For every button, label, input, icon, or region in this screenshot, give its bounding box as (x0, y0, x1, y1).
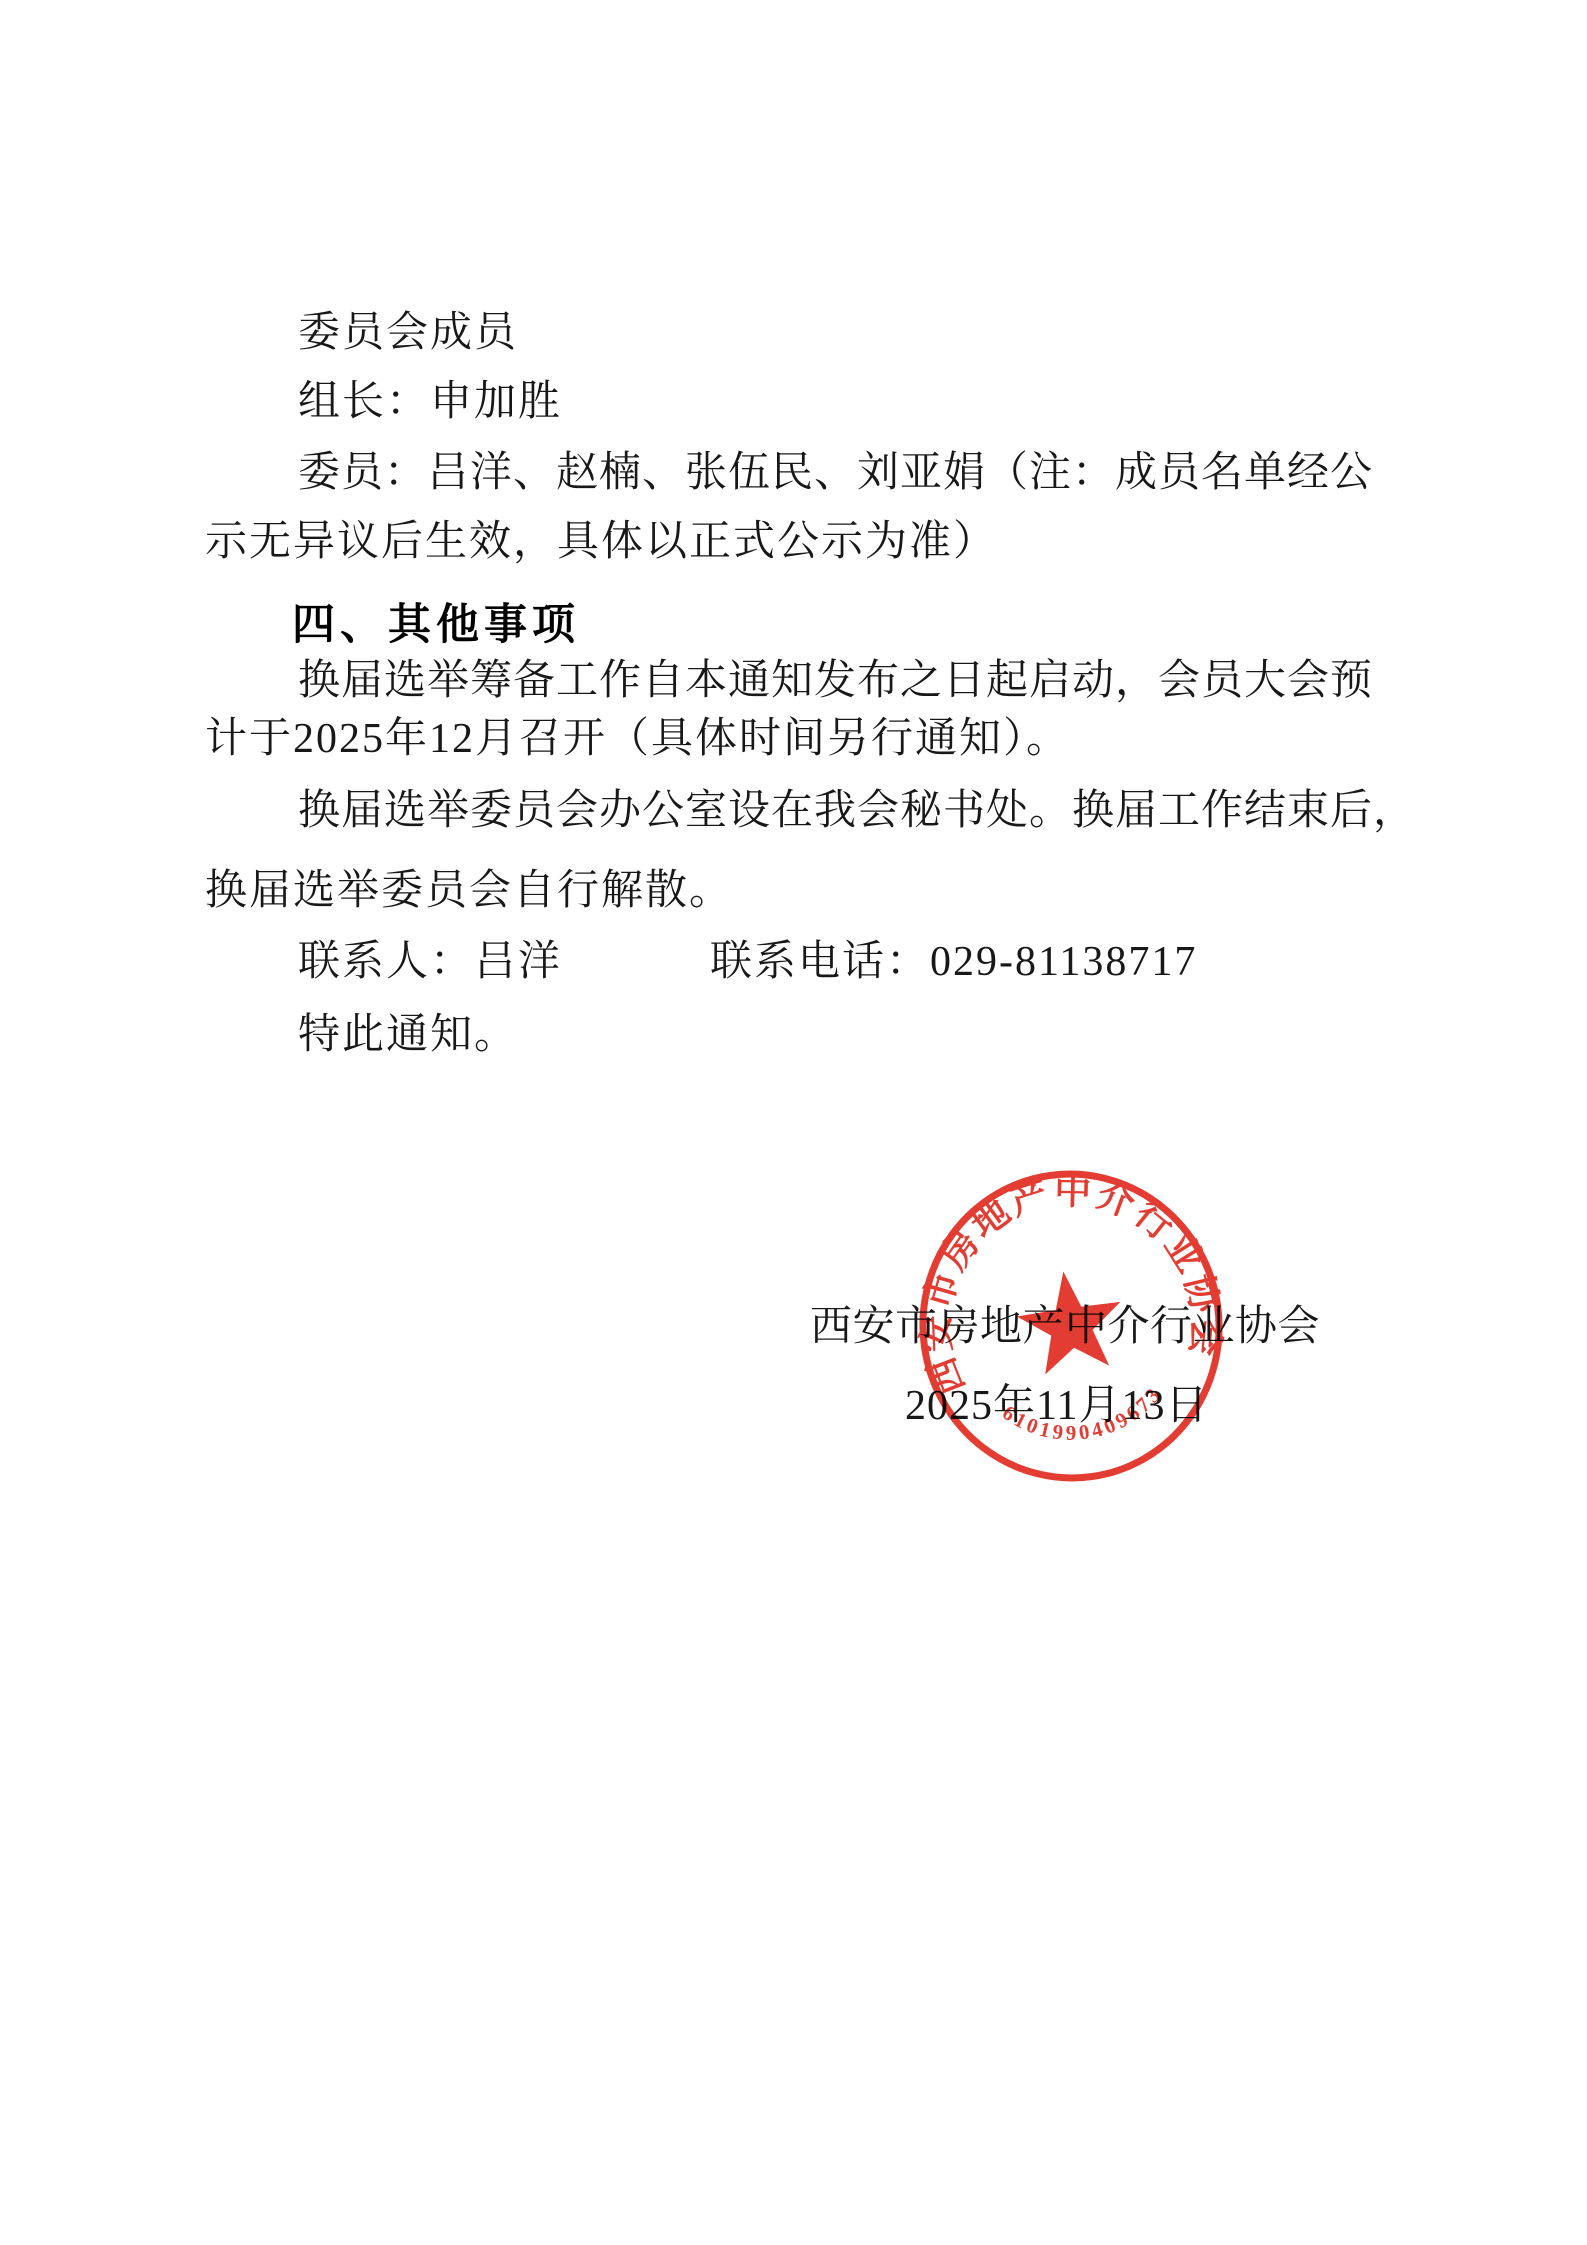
section-paragraph-line-4: 换届选举委员会自行解散。 (205, 870, 733, 912)
closing-line: 特此通知。 (298, 1014, 518, 1056)
members-line-2: 示无异议后生效，具体以正式公示为准） (205, 521, 997, 563)
committee-members-title: 委员会成员 (298, 312, 518, 354)
contact-phone: 联系电话：029-81138717 (710, 941, 1197, 983)
section-paragraph-line-2: 计于2025年12月召开（具体时间另行通知）。 (205, 718, 1070, 760)
contact-person: 联系人：吕洋 (298, 941, 562, 983)
members-line-1: 委员：吕洋、赵楠、张伍民、刘亚娟（注：成员名单经公 (298, 452, 1373, 494)
section-paragraph-line-1: 换届选举筹备工作自本通知发布之日起启动，会员大会预 (298, 660, 1373, 702)
notice-document-page: 委员会成员 组长：申加胜 委员：吕洋、赵楠、张伍民、刘亚娟（注：成员名单经公 示… (0, 0, 1587, 2245)
seal-star-icon (1012, 1264, 1129, 1377)
section-paragraph-line-3: 换届选举委员会办公室设在我会秘书处。换届工作结束后， (298, 790, 1416, 832)
official-seal-stamp: 西安市房地产中介行业协会 6101990409673 (868, 1123, 1275, 1530)
group-leader-line: 组长：申加胜 (298, 381, 562, 423)
section-heading-other-matters: 四、其他事项 (292, 604, 580, 647)
seal-serial-number: 6101990409673 (996, 1379, 1172, 1456)
